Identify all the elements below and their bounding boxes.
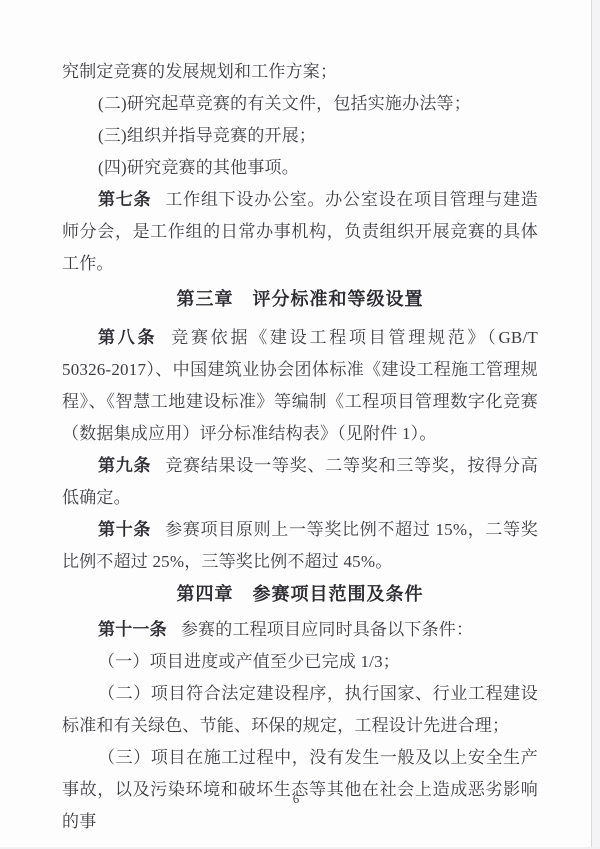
body-text: 参赛的工程项目应同时具备以下条件： (181, 620, 473, 639)
paragraph-article-7: 第七条工作组下设办公室。办公室设在项目管理与建造师分会，是工作组的日常办事机构，… (62, 184, 538, 280)
body-text: （一）项目进度或产值至少已完成 1/3； (98, 652, 400, 671)
body-text: （三）项目在施工过程中，没有发生一般及以上安全生产事故，以及污染环境和破坏生态等… (62, 748, 538, 831)
list-item: (三)组织并指导竞赛的开展； (62, 120, 538, 152)
body-text: (四)研究竞赛的其他事项。 (98, 158, 299, 177)
scanned-document-page: 究制定竞赛的发展规划和工作方案； (二)研究起草竞赛的有关文件，包括实施办法等；… (0, 0, 600, 849)
list-item: （一）项目进度或产值至少已完成 1/3； (62, 646, 538, 678)
document-body: 究制定竞赛的发展规划和工作方案； (二)研究起草竞赛的有关文件，包括实施办法等；… (62, 56, 538, 838)
scan-edge-right (591, 0, 600, 849)
paragraph-continuation: 究制定竞赛的发展规划和工作方案； (62, 56, 538, 88)
body-text: 究制定竞赛的发展规划和工作方案； (62, 62, 337, 81)
article-number: 第七条 (98, 190, 151, 209)
chapter-heading-3: 第三章 评分标准和等级设置 (62, 283, 538, 315)
paragraph-article-9: 第九条竞赛结果设一等奖、二等奖和三等奖，按得分高低确定。 (62, 450, 538, 514)
list-item: （二）项目符合法定建设程序，执行国家、行业工程建设标准和有关绿色、节能、环保的规… (62, 678, 538, 742)
chapter-heading-4: 第四章 参赛项目范围及条件 (62, 578, 538, 610)
paragraph-article-11: 第十一条参赛的工程项目应同时具备以下条件： (62, 614, 538, 646)
article-number: 第九条 (98, 456, 151, 475)
body-text: （二）项目符合法定建设程序，执行国家、行业工程建设标准和有关绿色、节能、环保的规… (62, 684, 538, 735)
article-number: 第十条 (98, 520, 151, 539)
body-text: (二)研究起草竞赛的有关文件，包括实施办法等； (98, 94, 471, 113)
list-item: (二)研究起草竞赛的有关文件，包括实施办法等； (62, 88, 538, 120)
list-item: （三）项目在施工过程中，没有发生一般及以上安全生产事故，以及污染环境和破坏生态等… (62, 742, 538, 838)
body-text: (三)组织并指导竞赛的开展； (98, 126, 316, 145)
article-number: 第十一条 (98, 620, 167, 639)
list-item: (四)研究竞赛的其他事项。 (62, 152, 538, 184)
article-number: 第八条 (98, 328, 157, 347)
paragraph-article-8: 第八条竞赛依据《建设工程项目管理规范》（GB/T 50326-2017）、中国建… (62, 322, 538, 450)
paragraph-article-10: 第十条参赛项目原则上一等奖比例不超过 15%，二等奖比例不超过 25%，三等奖比… (62, 514, 538, 578)
page-number: 6 (0, 791, 592, 807)
